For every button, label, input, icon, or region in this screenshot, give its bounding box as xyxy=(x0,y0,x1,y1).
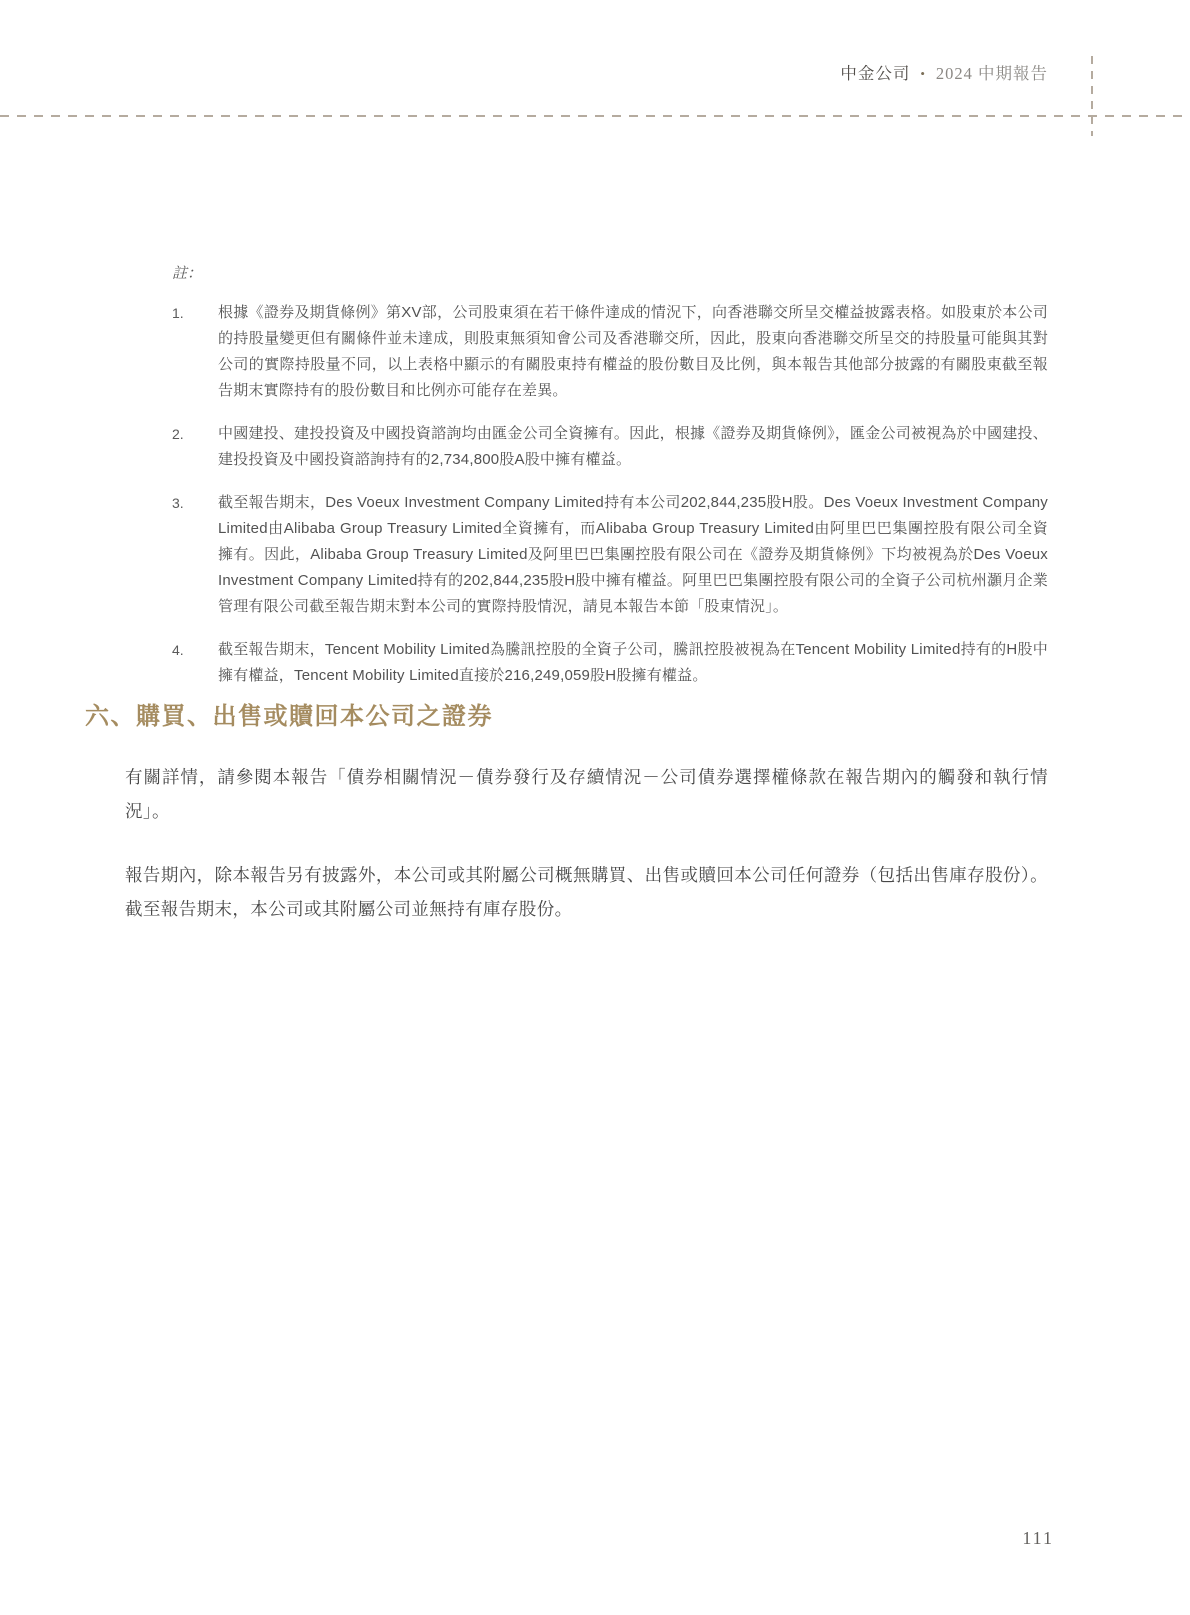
bullet-separator-icon: • xyxy=(920,66,926,81)
note-item-4: 4. 截至報告期末，Tencent Mobility Limited為騰訊控股的… xyxy=(172,637,1048,689)
notes-label: 註： xyxy=(172,262,1048,283)
note-item-2: 2. 中國建投、建投投資及中國投資諮詢均由匯金公司全資擁有。因此，根據《證券及期… xyxy=(172,421,1048,473)
note-text: 根據《證券及期貨條例》第XV部，公司股東須在若干條件達成的情況下，向香港聯交所呈… xyxy=(218,300,1048,404)
note-number: 2. xyxy=(172,421,218,447)
section-paragraph-2: 報告期內，除本報告另有披露外，本公司或其附屬公司概無購買、出售或贖回本公司任何證… xyxy=(125,858,1048,926)
report-page: 中金公司•2024 中期報告 註： 1. 根據《證券及期貨條例》第XV部，公司股… xyxy=(0,0,1190,1615)
section-paragraph-1: 有關詳情，請參閱本報告「債券相關情況－債券發行及存續情況－公司債券選擇權條款在報… xyxy=(125,760,1048,828)
horizontal-dashed-divider xyxy=(0,115,1190,117)
section-six: 六、購買、出售或贖回本公司之證券 有關詳情，請參閱本報告「債券相關情況－債券發行… xyxy=(85,700,1048,926)
note-number: 4. xyxy=(172,637,218,663)
section-title: 六、購買、出售或贖回本公司之證券 xyxy=(85,700,1048,734)
report-title: 2024 中期報告 xyxy=(936,64,1048,83)
note-item-3: 3. 截至報告期末，Des Voeux Investment Company L… xyxy=(172,490,1048,620)
page-number: 111 xyxy=(1022,1528,1054,1549)
page-header: 中金公司•2024 中期報告 xyxy=(840,60,1048,84)
notes-section: 註： 1. 根據《證券及期貨條例》第XV部，公司股東須在若干條件達成的情況下，向… xyxy=(172,262,1048,706)
brand-name: 中金公司 xyxy=(840,64,910,83)
vertical-dashed-divider xyxy=(1091,56,1093,136)
note-number: 1. xyxy=(172,300,218,326)
note-text: 截至報告期末，Tencent Mobility Limited為騰訊控股的全資子… xyxy=(218,637,1048,689)
note-number: 3. xyxy=(172,490,218,516)
note-text: 中國建投、建投投資及中國投資諮詢均由匯金公司全資擁有。因此，根據《證券及期貨條例… xyxy=(218,421,1048,473)
note-text: 截至報告期末，Des Voeux Investment Company Limi… xyxy=(218,490,1048,620)
note-item-1: 1. 根據《證券及期貨條例》第XV部，公司股東須在若干條件達成的情況下，向香港聯… xyxy=(172,300,1048,404)
